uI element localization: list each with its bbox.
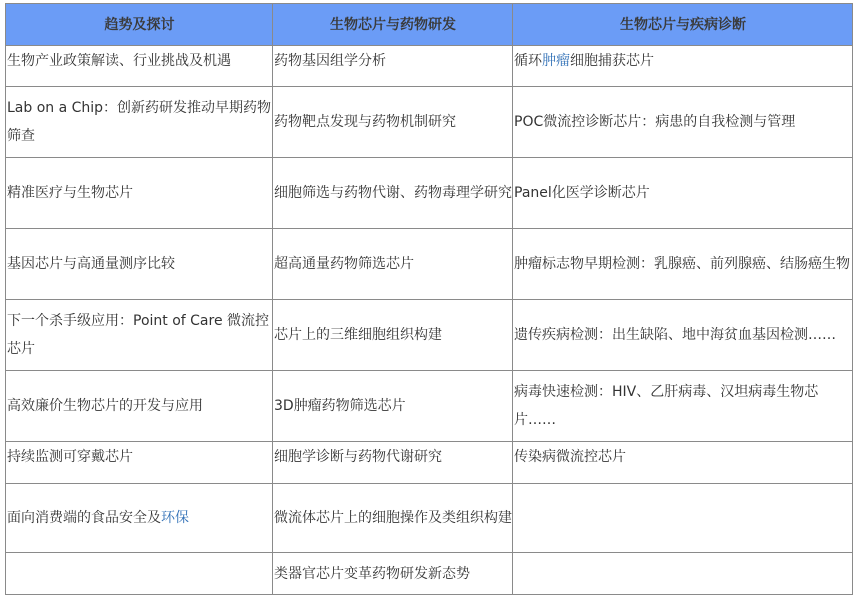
cell-trend: Lab on a Chip：创新药研发推动早期药物筛查: [6, 87, 273, 158]
cell-diagnosis: 循环肿瘤细胞捕获芯片: [513, 46, 853, 87]
cell-trend: 精准医疗与生物芯片: [6, 158, 273, 229]
table-row: 面向消费端的食品安全及环保 微流体芯片上的细胞操作及类组织构建: [6, 484, 853, 553]
header-trends: 趋势及探讨: [6, 4, 273, 46]
cell-diagnosis: Panel化医学诊断芯片: [513, 158, 853, 229]
cell-diagnosis: 遗传疾病检测：出生缺陷、地中海贫血基因检测……: [513, 300, 853, 371]
cell-drug: 微流体芯片上的细胞操作及类组织构建: [273, 484, 513, 553]
tumor-link[interactable]: 肿瘤: [542, 53, 570, 69]
table-row: 类器官芯片变革药物研发新态势: [6, 553, 853, 595]
cell-drug: 芯片上的三维细胞组织构建: [273, 300, 513, 371]
header-row: 趋势及探讨 生物芯片与药物研发 生物芯片与疾病诊断: [6, 4, 853, 46]
text: 面向消费端的食品安全及: [7, 510, 161, 526]
table-row: 持续监测可穿戴芯片 细胞学诊断与药物代谢研究 传染病微流控芯片: [6, 442, 853, 484]
table-row: 生物产业政策解读、行业挑战及机遇 药物基因组学分析 循环肿瘤细胞捕获芯片: [6, 46, 853, 87]
cell-diagnosis: [513, 484, 853, 553]
cell-diagnosis: POC微流控诊断芯片：病患的自我检测与管理: [513, 87, 853, 158]
cell-trend: 下一个杀手级应用：Point of Care 微流控芯片: [6, 300, 273, 371]
cell-drug: 药物基因组学分析: [273, 46, 513, 87]
table-row: Lab on a Chip：创新药研发推动早期药物筛查 药物靶点发现与药物机制研…: [6, 87, 853, 158]
table-row: 基因芯片与高通量测序比较 超高通量药物筛选芯片 肿瘤标志物早期检测：乳腺癌、前列…: [6, 229, 853, 300]
cell-trend: 高效廉价生物芯片的开发与应用: [6, 371, 273, 442]
cell-trend: 生物产业政策解读、行业挑战及机遇: [6, 46, 273, 87]
cell-trend: [6, 553, 273, 595]
cell-drug: 类器官芯片变革药物研发新态势: [273, 553, 513, 595]
cell-diagnosis: 病毒快速检测：HIV、乙肝病毒、汉坦病毒生物芯片……: [513, 371, 853, 442]
table-row: 精准医疗与生物芯片 细胞筛选与药物代谢、药物毒理学研究 Panel化医学诊断芯片: [6, 158, 853, 229]
topics-table: 趋势及探讨 生物芯片与药物研发 生物芯片与疾病诊断 生物产业政策解读、行业挑战及…: [5, 3, 853, 595]
cell-trend: 基因芯片与高通量测序比较: [6, 229, 273, 300]
cell-drug: 药物靶点发现与药物机制研究: [273, 87, 513, 158]
cell-drug: 超高通量药物筛选芯片: [273, 229, 513, 300]
environment-link[interactable]: 环保: [161, 510, 189, 526]
cell-drug: 细胞筛选与药物代谢、药物毒理学研究: [273, 158, 513, 229]
header-diagnosis: 生物芯片与疾病诊断: [513, 4, 853, 46]
cell-trend: 持续监测可穿戴芯片: [6, 442, 273, 484]
cell-diagnosis: [513, 553, 853, 595]
table-row: 高效廉价生物芯片的开发与应用 3D肿瘤药物筛选芯片 病毒快速检测：HIV、乙肝病…: [6, 371, 853, 442]
header-drug-research: 生物芯片与药物研发: [273, 4, 513, 46]
cell-drug: 3D肿瘤药物筛选芯片: [273, 371, 513, 442]
cell-drug: 细胞学诊断与药物代谢研究: [273, 442, 513, 484]
text: 细胞捕获芯片: [570, 53, 654, 69]
cell-diagnosis: 肿瘤标志物早期检测：乳腺癌、前列腺癌、结肠癌生物: [513, 229, 853, 300]
cell-diagnosis: 传染病微流控芯片: [513, 442, 853, 484]
cell-trend: 面向消费端的食品安全及环保: [6, 484, 273, 553]
text: 循环: [514, 53, 542, 69]
table-row: 下一个杀手级应用：Point of Care 微流控芯片 芯片上的三维细胞组织构…: [6, 300, 853, 371]
